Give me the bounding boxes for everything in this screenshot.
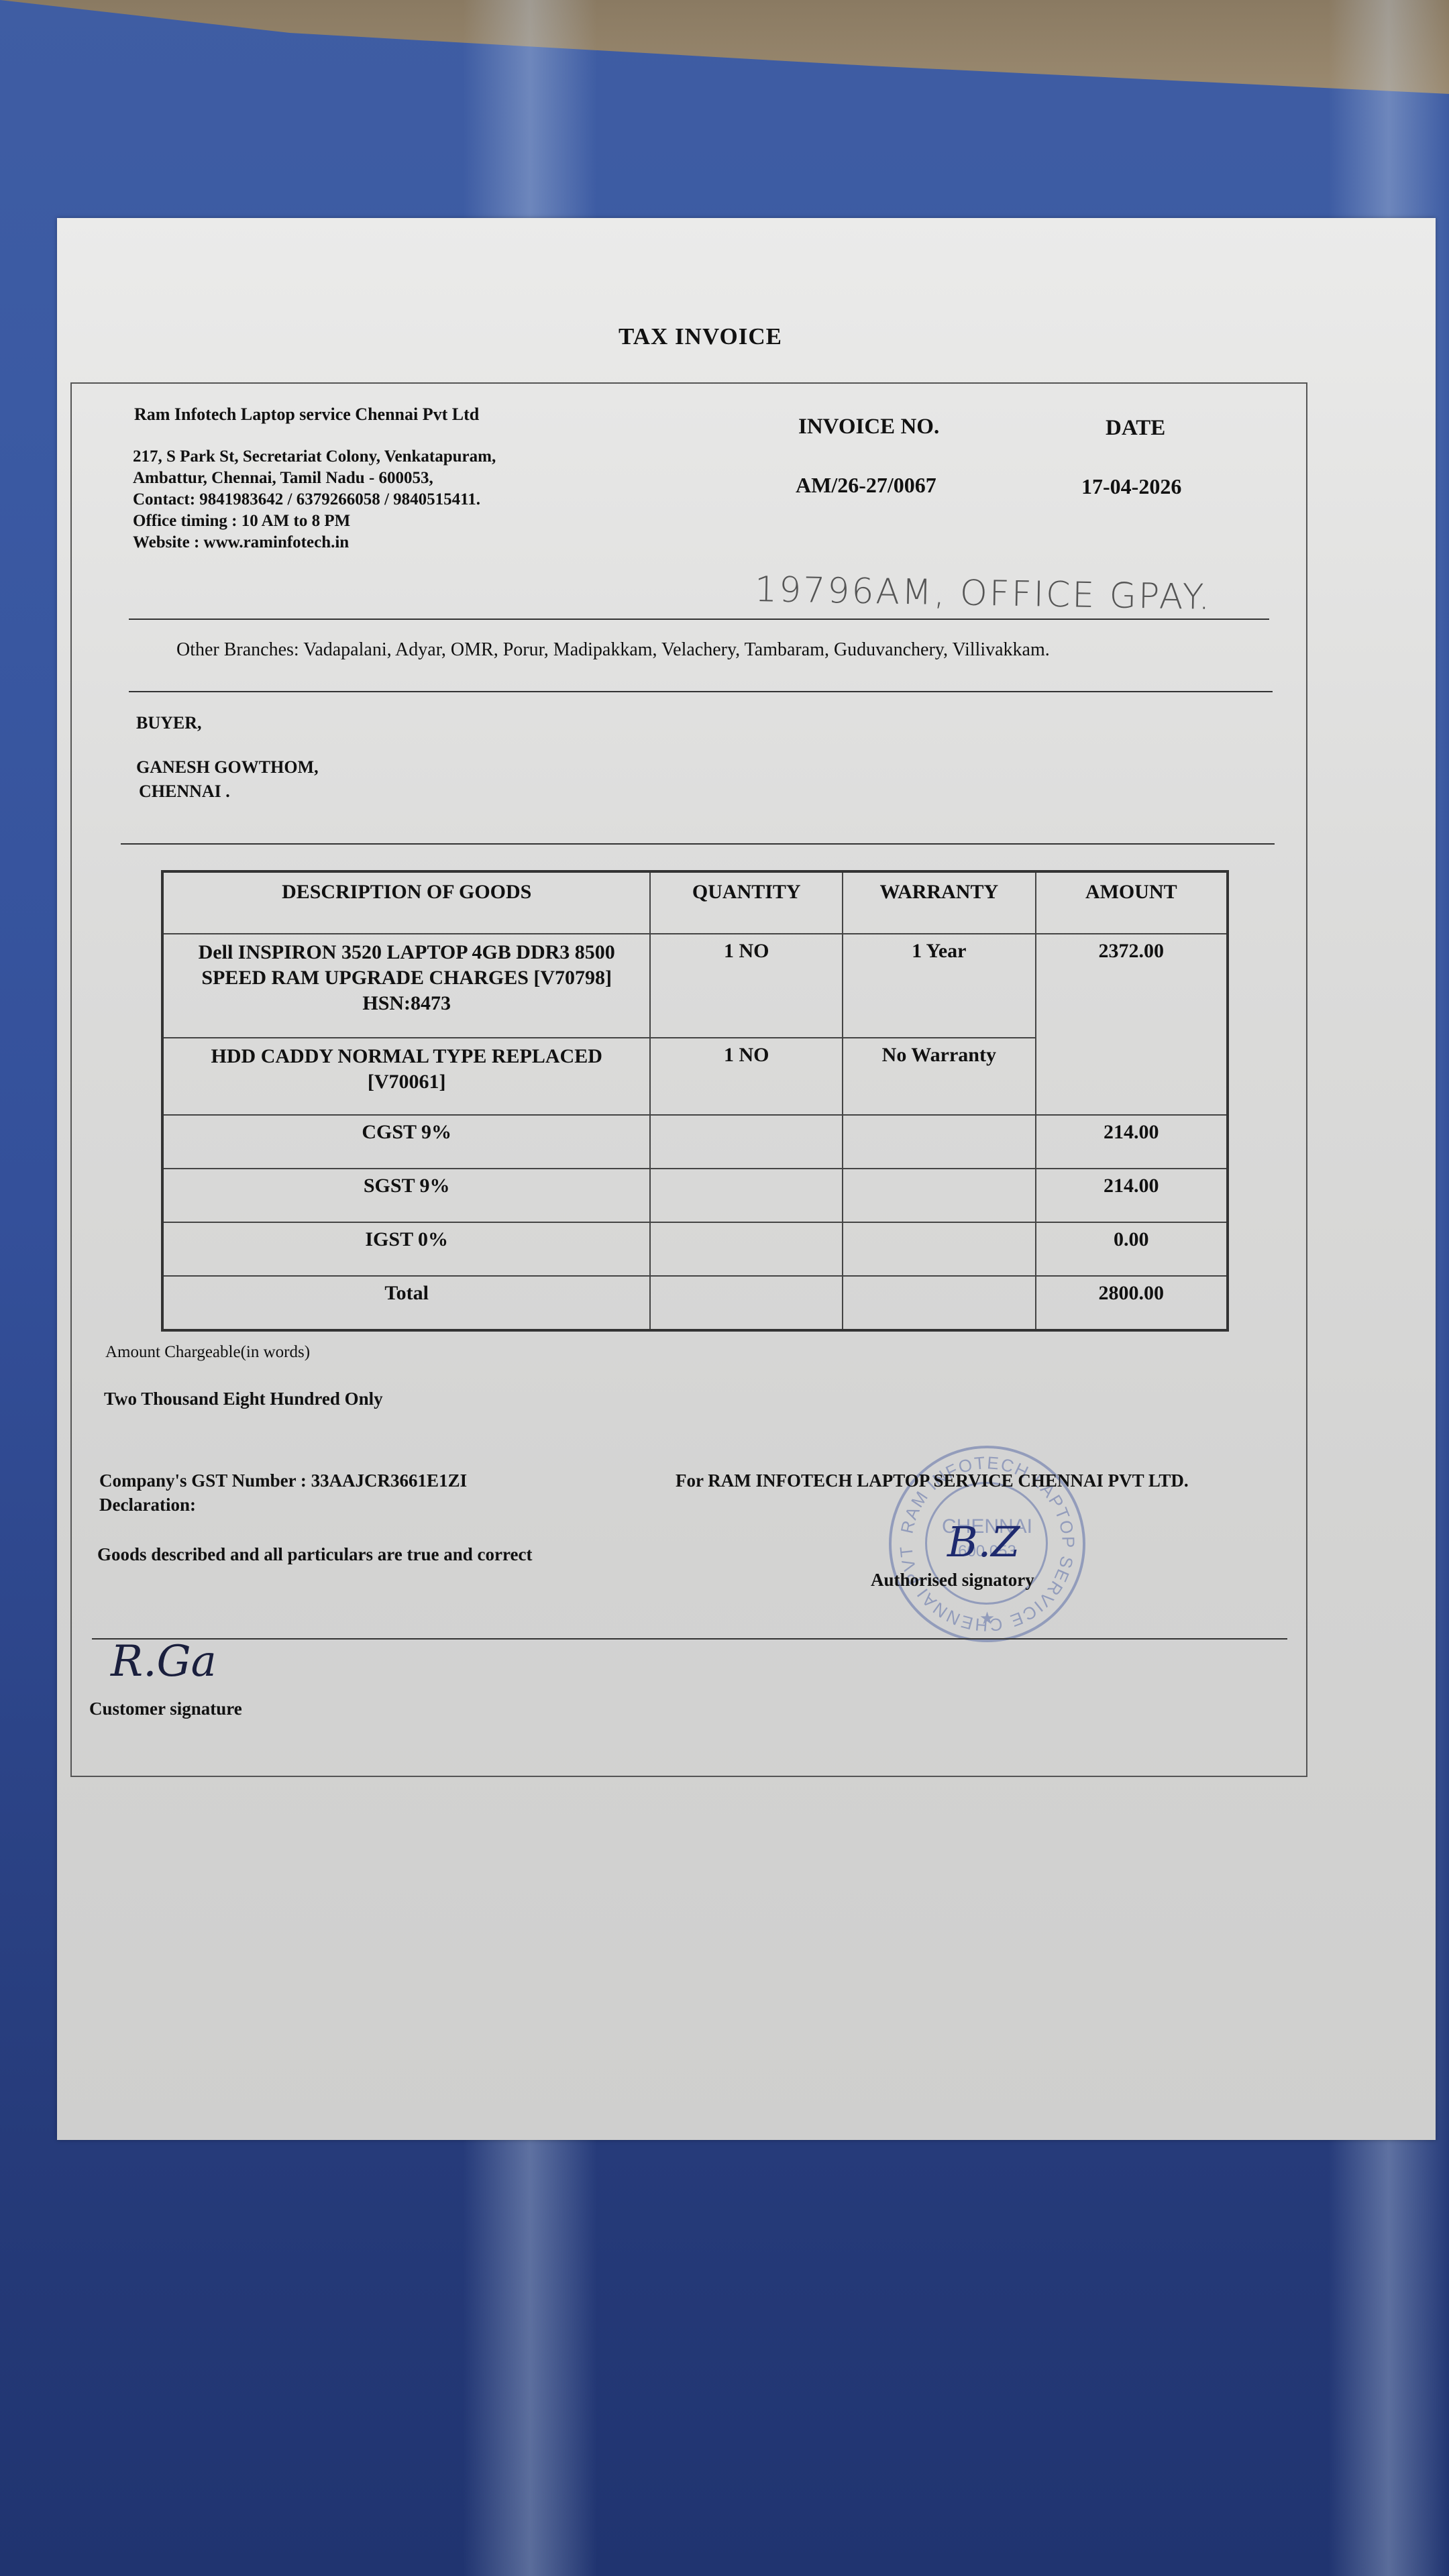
background-wall bbox=[0, 0, 1449, 94]
divider bbox=[129, 691, 1273, 692]
divider bbox=[121, 843, 1275, 845]
company-address: 217, S Park St, Secretariat Colony, Venk… bbox=[133, 446, 602, 553]
header-quantity: QUANTITY bbox=[650, 871, 843, 934]
items-table: DESCRIPTION OF GOODS QUANTITY WARRANTY A… bbox=[161, 870, 1229, 1332]
header-warranty: WARRANTY bbox=[843, 871, 1035, 934]
divider bbox=[129, 619, 1269, 620]
invoice-date: 17-04-2026 bbox=[1081, 474, 1181, 499]
table-row: Dell INSPIRON 3520 LAPTOP 4GB DDR3 8500 … bbox=[162, 934, 1228, 1038]
item-quantity: 1 NO bbox=[650, 934, 843, 1038]
summary-label: IGST 0% bbox=[162, 1222, 650, 1276]
office-timing: Office timing : 10 AM to 8 PM bbox=[133, 511, 602, 532]
gst-number: Company's GST Number : 33AAJCR3661E1ZI bbox=[99, 1470, 467, 1491]
summary-amount: 214.00 bbox=[1036, 1169, 1228, 1222]
company-name: Ram Infotech Laptop service Chennai Pvt … bbox=[134, 405, 479, 425]
buyer-label: BUYER, bbox=[136, 711, 319, 735]
total-amount: 2800.00 bbox=[1036, 1276, 1228, 1330]
summary-label: SGST 9% bbox=[162, 1169, 650, 1222]
for-company: For RAM INFOTECH LAPTOP SERVICE CHENNAI … bbox=[676, 1470, 1189, 1491]
description-line: HDD CADDY NORMAL TYPE REPLACED bbox=[170, 1044, 643, 1069]
customer-signature-label: Customer signature bbox=[89, 1699, 242, 1719]
summary-label: CGST 9% bbox=[162, 1115, 650, 1169]
buyer-name: GANESH GOWTHOM, bbox=[136, 755, 319, 780]
summary-row-sgst: SGST 9% 214.00 bbox=[162, 1169, 1228, 1222]
description-line: SPEED RAM UPGRADE CHARGES [V70798] bbox=[170, 965, 643, 991]
customer-signature: R.Ga bbox=[111, 1637, 217, 1686]
other-branches: Other Branches: Vadapalani, Adyar, OMR, … bbox=[176, 639, 1050, 661]
summary-row-igst: IGST 0% 0.00 bbox=[162, 1222, 1228, 1276]
contact-line: Contact: 9841983642 / 6379266058 / 98405… bbox=[133, 489, 602, 511]
summary-amount: 0.00 bbox=[1036, 1222, 1228, 1276]
table-header-row: DESCRIPTION OF GOODS QUANTITY WARRANTY A… bbox=[162, 871, 1228, 934]
authorised-signature: B.Z bbox=[947, 1517, 1020, 1566]
invoice-number: AM/26-27/0067 bbox=[796, 473, 936, 498]
summary-row-total: Total 2800.00 bbox=[162, 1276, 1228, 1330]
buyer-city: CHENNAI . bbox=[136, 780, 319, 804]
authorised-signatory-label: Authorised signatory bbox=[871, 1570, 1034, 1591]
item-description: HDD CADDY NORMAL TYPE REPLACED [V70061] bbox=[162, 1038, 650, 1115]
summary-row-cgst: CGST 9% 214.00 bbox=[162, 1115, 1228, 1169]
invoice-no-label: INVOICE NO. bbox=[798, 415, 939, 439]
header-description: DESCRIPTION OF GOODS bbox=[162, 871, 650, 934]
address-line: 217, S Park St, Secretariat Colony, Venk… bbox=[133, 446, 602, 468]
document-title: TAX INVOICE bbox=[619, 323, 782, 350]
divider bbox=[92, 1638, 1287, 1640]
star-icon: ★ bbox=[892, 1608, 1083, 1629]
item-quantity: 1 NO bbox=[650, 1038, 843, 1115]
summary-label: Total bbox=[162, 1276, 650, 1330]
declaration-text: Goods described and all particulars are … bbox=[97, 1544, 532, 1565]
item-description: Dell INSPIRON 3520 LAPTOP 4GB DDR3 8500 … bbox=[162, 934, 650, 1038]
date-label: DATE bbox=[1106, 416, 1165, 441]
item-warranty: No Warranty bbox=[843, 1038, 1035, 1115]
description-line: HSN:8473 bbox=[170, 991, 643, 1016]
amount-in-words: Two Thousand Eight Hundred Only bbox=[104, 1389, 383, 1409]
items-amount: 2372.00 bbox=[1036, 934, 1228, 1115]
description-line: [V70061] bbox=[170, 1069, 643, 1095]
website: Website : www.raminfotech.in bbox=[133, 532, 602, 553]
summary-amount: 214.00 bbox=[1036, 1115, 1228, 1169]
declaration-label: Declaration: bbox=[99, 1495, 196, 1515]
amount-words-label: Amount Chargeable(in words) bbox=[105, 1343, 310, 1362]
item-warranty: 1 Year bbox=[843, 934, 1035, 1038]
handwritten-payment-note: 19796AM, OFFICE GPAY. bbox=[755, 570, 1212, 618]
description-line: Dell INSPIRON 3520 LAPTOP 4GB DDR3 8500 bbox=[170, 940, 643, 965]
header-amount: AMOUNT bbox=[1036, 871, 1228, 934]
buyer-block: BUYER, GANESH GOWTHOM, CHENNAI . bbox=[136, 711, 319, 804]
address-line: Ambattur, Chennai, Tamil Nadu - 600053, bbox=[133, 468, 602, 489]
